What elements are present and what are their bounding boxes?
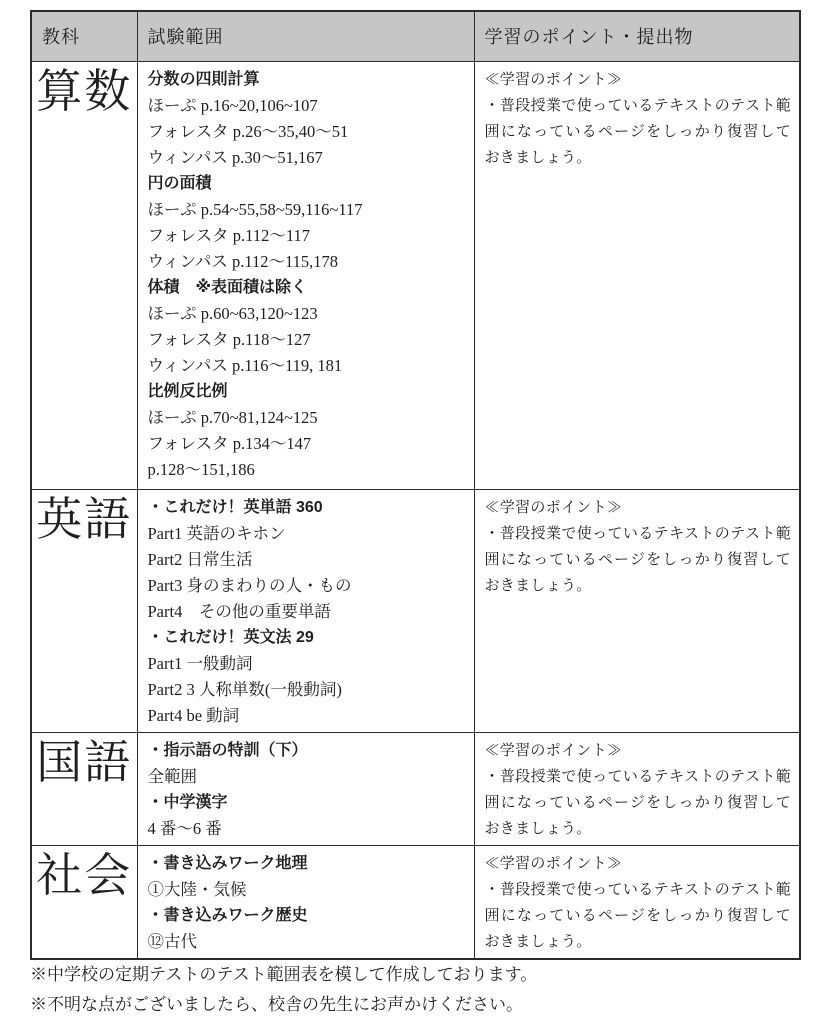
header-range: 試験範囲 — [137, 11, 474, 61]
footer-note: ※中学校の定期テストのテスト範囲表を模して作成しております。 — [30, 960, 537, 990]
range-line: ・中学漢字 — [148, 790, 466, 816]
footer-notes: ※中学校の定期テストのテスト範囲表を模して作成しております。※不明な点がございま… — [30, 960, 537, 1020]
range-line: ほーぷ p.16~20,106~107 — [148, 93, 466, 119]
points-cell-math: ≪学習のポイント≫・普段授業で使っているテキストのテスト範囲になっているページを… — [474, 61, 800, 489]
range-line: 体積 ※表面積は除く — [148, 275, 466, 301]
range-line: 円の面積 — [148, 171, 466, 197]
range-line: Part4 be 動詞 — [148, 703, 466, 729]
range-line: 分数の四則計算 — [148, 67, 466, 93]
table-row-social: 社会・書き込みワーク地理①大陸・気候・書き込みワーク歴史⑫古代≪学習のポイント≫… — [31, 845, 800, 959]
points-line: おきましょう。 — [485, 816, 792, 842]
subject-cell-english: 英語 — [31, 489, 137, 732]
subject-cell-social: 社会 — [31, 845, 137, 959]
range-line: ほーぷ p.60~63,120~123 — [148, 301, 466, 327]
points-line: おきましょう。 — [485, 145, 792, 171]
header-subject: 教科 — [31, 11, 137, 61]
range-line: ①大陸・気候 — [148, 877, 466, 903]
range-line: Part4 その他の重要単語 — [148, 599, 466, 625]
table-row-english: 英語・これだけ！英単語 360Part1 英語のキホンPart2 日常生活Par… — [31, 489, 800, 732]
range-line: Part3 身のまわりの人・もの — [148, 573, 466, 599]
range-line: ・書き込みワーク歴史 — [148, 903, 466, 929]
table-row-japanese: 国語・指示語の特訓（下）全範囲・中学漢字4 番〜6 番≪学習のポイント≫・普段授… — [31, 732, 800, 845]
points-line: おきましょう。 — [485, 929, 792, 955]
table-body: 算数分数の四則計算ほーぷ p.16~20,106~107フォレスタ p.26〜3… — [31, 61, 800, 959]
range-line: ・これだけ！英文法 29 — [148, 625, 466, 651]
range-line: ・書き込みワーク地理 — [148, 851, 466, 877]
range-line: ・指示語の特訓（下） — [148, 738, 466, 764]
points-line: ≪学習のポイント≫ — [485, 67, 792, 93]
range-line: Part2 3 人称単数(一般動詞) — [148, 677, 466, 703]
points-line: おきましょう。 — [485, 573, 792, 599]
points-cell-english: ≪学習のポイント≫・普段授業で使っているテキストのテスト範囲になっているページを… — [474, 489, 800, 732]
points-line: 囲になっているページをしっかり復習して — [485, 903, 792, 929]
range-line: 全範囲 — [148, 764, 466, 790]
points-line: ・普段授業で使っているテキストのテスト範 — [485, 877, 792, 903]
points-line: ・普段授業で使っているテキストのテスト範 — [485, 93, 792, 119]
header-points: 学習のポイント・提出物 — [474, 11, 800, 61]
range-line: 比例反比例 — [148, 379, 466, 405]
subject-cell-japanese: 国語 — [31, 732, 137, 845]
range-line: p.128〜151,186 — [148, 457, 466, 483]
range-line: 4 番〜6 番 — [148, 816, 466, 842]
points-line: ≪学習のポイント≫ — [485, 738, 792, 764]
points-cell-japanese: ≪学習のポイント≫・普段授業で使っているテキストのテスト範囲になっているページを… — [474, 732, 800, 845]
table-row-math: 算数分数の四則計算ほーぷ p.16~20,106~107フォレスタ p.26〜3… — [31, 61, 800, 489]
range-line: ウィンパス p.30〜51,167 — [148, 145, 466, 171]
points-line: 囲になっているページをしっかり復習して — [485, 119, 792, 145]
range-line: フォレスタ p.112〜117 — [148, 223, 466, 249]
footer-note: ※不明な点がございましたら、校舎の先生にお声かけください。 — [30, 990, 537, 1020]
test-range-sheet: 教科 試験範囲 学習のポイント・提出物 算数分数の四則計算ほーぷ p.16~20… — [0, 0, 834, 1024]
range-line: ⑫古代 — [148, 929, 466, 955]
points-line: ≪学習のポイント≫ — [485, 851, 792, 877]
points-line: 囲になっているページをしっかり復習して — [485, 790, 792, 816]
header-row: 教科 試験範囲 学習のポイント・提出物 — [31, 11, 800, 61]
points-line: ・普段授業で使っているテキストのテスト範 — [485, 521, 792, 547]
points-line: 囲になっているページをしっかり復習して — [485, 547, 792, 573]
subject-cell-math: 算数 — [31, 61, 137, 489]
points-line: ≪学習のポイント≫ — [485, 495, 792, 521]
range-line: ・これだけ！英単語 360 — [148, 495, 466, 521]
range-cell-english: ・これだけ！英単語 360Part1 英語のキホンPart2 日常生活Part3… — [137, 489, 474, 732]
range-line: ウィンパス p.112〜115,178 — [148, 249, 466, 275]
range-line: Part1 一般動詞 — [148, 651, 466, 677]
range-line: ウィンパス p.116〜119, 181 — [148, 353, 466, 379]
range-line: Part1 英語のキホン — [148, 521, 466, 547]
range-cell-social: ・書き込みワーク地理①大陸・気候・書き込みワーク歴史⑫古代 — [137, 845, 474, 959]
range-line: Part2 日常生活 — [148, 547, 466, 573]
points-cell-social: ≪学習のポイント≫・普段授業で使っているテキストのテスト範囲になっているページを… — [474, 845, 800, 959]
range-line: フォレスタ p.118〜127 — [148, 327, 466, 353]
range-line: ほーぷ p.70~81,124~125 — [148, 405, 466, 431]
range-cell-japanese: ・指示語の特訓（下）全範囲・中学漢字4 番〜6 番 — [137, 732, 474, 845]
range-line: ほーぷ p.54~55,58~59,116~117 — [148, 197, 466, 223]
range-line: フォレスタ p.26〜35,40〜51 — [148, 119, 466, 145]
points-line: ・普段授業で使っているテキストのテスト範 — [485, 764, 792, 790]
range-cell-math: 分数の四則計算ほーぷ p.16~20,106~107フォレスタ p.26〜35,… — [137, 61, 474, 489]
range-line: フォレスタ p.134〜147 — [148, 431, 466, 457]
range-table: 教科 試験範囲 学習のポイント・提出物 算数分数の四則計算ほーぷ p.16~20… — [30, 10, 801, 960]
